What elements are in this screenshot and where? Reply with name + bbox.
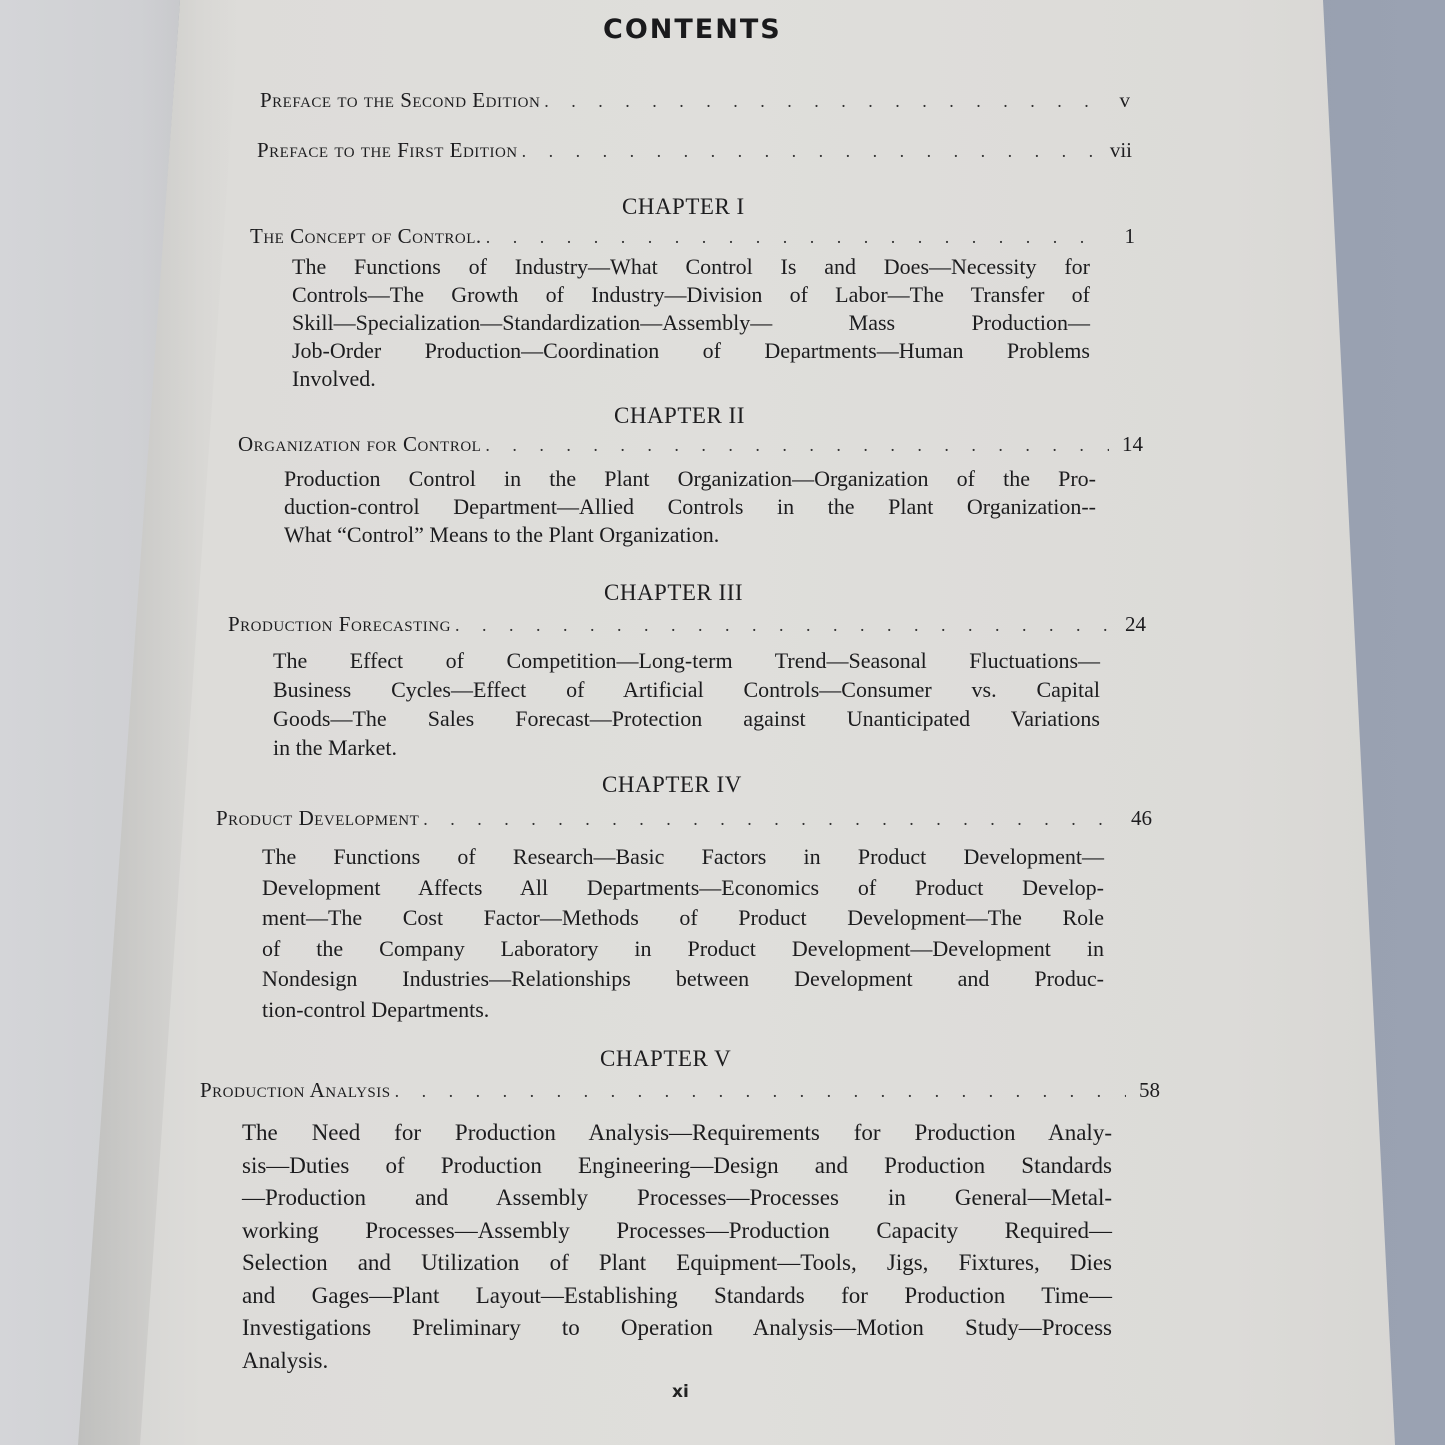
toc-entry-chapter-2: Organization for Control . . . . . . . .… (238, 432, 1143, 457)
summary-line: Job-Order Production—Coordination of Dep… (292, 337, 1090, 365)
summary-line: working Processes—Assembly Processes—Pro… (242, 1215, 1112, 1248)
summary-line: and Gages—Plant Layout—Establishing Stan… (242, 1280, 1112, 1313)
toc-page-number: vii (1104, 138, 1132, 163)
summary-line: Investigations Preliminary to Operation … (242, 1312, 1112, 1345)
dot-leader: . . . . . . . . . . . . . . . . . . . . … (395, 1081, 1126, 1102)
toc-page-number: 58 (1132, 1078, 1160, 1103)
toc-entry-title: Product Development (216, 806, 419, 831)
book-photo: CONTENTS Preface to the Second Edition .… (0, 0, 1445, 1445)
toc-entry-chapter-5: Production Analysis . . . . . . . . . . … (200, 1078, 1160, 1103)
toc-entry-title: Organization for Control (238, 432, 481, 457)
dot-leader: . . . . . . . . . . . . . . . . . . . . … (486, 227, 1101, 248)
summary-line: The Effect of Competition—Long-term Tren… (273, 646, 1100, 675)
summary-line: of the Company Laboratory in Product Dev… (262, 934, 1104, 965)
chapter-summary: Production Control in the Plant Organiza… (284, 465, 1096, 549)
toc-entry-title: Preface to the Second Edition (260, 88, 540, 113)
page-number-folio: xi (672, 1382, 689, 1402)
summary-line: Goods—The Sales Forecast—Protection agai… (273, 704, 1100, 733)
toc-entry-preface-second: Preface to the Second Edition . . . . . … (260, 88, 1130, 113)
toc-page-number: 46 (1124, 806, 1152, 831)
chapter-heading: CHAPTER I (622, 194, 745, 220)
summary-line: What “Control” Means to the Plant Organi… (284, 521, 1096, 549)
toc-entry-title: Production Analysis (200, 1078, 391, 1103)
toc-page-number: 1 (1107, 224, 1135, 249)
toc-entry-title: The Concept of Control. (250, 224, 482, 249)
toc-entry-chapter-3: Production Forecasting . . . . . . . . .… (228, 612, 1146, 637)
chapter-heading: CHAPTER IV (602, 772, 742, 798)
summary-line: tion-control Departments. (262, 995, 1104, 1026)
dot-leader: . . . . . . . . . . . . . . . . . . . . … (423, 809, 1118, 830)
toc-page-number: 14 (1115, 432, 1143, 457)
page-title: CONTENTS (603, 14, 782, 45)
summary-line: Development Affects All Departments—Econ… (262, 873, 1104, 904)
dot-leader: . . . . . . . . . . . . . . . . . . . . … (455, 615, 1112, 636)
summary-line: ment—The Cost Factor—Methods of Product … (262, 903, 1104, 934)
summary-line: —Production and Assembly Processes—Proce… (242, 1182, 1112, 1215)
chapter-heading: CHAPTER II (614, 403, 745, 429)
toc-entry-chapter-1: The Concept of Control. . . . . . . . . … (250, 224, 1135, 249)
summary-line: The Functions of Research—Basic Factors … (262, 842, 1104, 873)
summary-line: Analysis. (242, 1345, 1112, 1378)
chapter-summary: The Need for Production Analysis—Require… (242, 1117, 1112, 1377)
summary-line: sis—Duties of Production Engineering—Des… (242, 1150, 1112, 1183)
toc-page-number: v (1102, 88, 1130, 113)
dot-leader: . . . . . . . . . . . . . . . . . . . . … (544, 91, 1096, 112)
summary-line: Controls—The Growth of Industry—Division… (292, 281, 1090, 309)
summary-line: The Functions of Industry—What Control I… (292, 253, 1090, 281)
toc-entry-title: Production Forecasting (228, 612, 451, 637)
summary-line: Business Cycles—Effect of Artificial Con… (273, 675, 1100, 704)
summary-line: in the Market. (273, 733, 1100, 762)
summary-line: Selection and Utilization of Plant Equip… (242, 1247, 1112, 1280)
summary-line: Skill—Specialization—Standardization—Ass… (292, 309, 1090, 337)
chapter-heading: CHAPTER V (600, 1046, 731, 1072)
toc-entry-chapter-4: Product Development . . . . . . . . . . … (216, 806, 1152, 831)
summary-line: Involved. (292, 365, 1090, 393)
dot-leader: . . . . . . . . . . . . . . . . . . . . … (485, 435, 1109, 456)
toc-entry-preface-first: Preface to the First Edition . . . . . .… (257, 138, 1132, 163)
toc-page-number: 24 (1118, 612, 1146, 637)
chapter-heading: CHAPTER III (604, 580, 743, 606)
summary-line: Nondesign Industries—Relationships betwe… (262, 964, 1104, 995)
summary-line: Production Control in the Plant Organiza… (284, 465, 1096, 493)
chapter-summary: The Functions of Research—Basic Factors … (262, 842, 1104, 1025)
chapter-summary: The Effect of Competition—Long-term Tren… (273, 646, 1100, 762)
chapter-summary: The Functions of Industry—What Control I… (292, 253, 1090, 393)
summary-line: The Need for Production Analysis—Require… (242, 1117, 1112, 1150)
summary-line: duction-control Department—Allied Contro… (284, 493, 1096, 521)
toc-entry-title: Preface to the First Edition (257, 138, 518, 163)
dot-leader: . . . . . . . . . . . . . . . . . . . . … (522, 141, 1098, 162)
